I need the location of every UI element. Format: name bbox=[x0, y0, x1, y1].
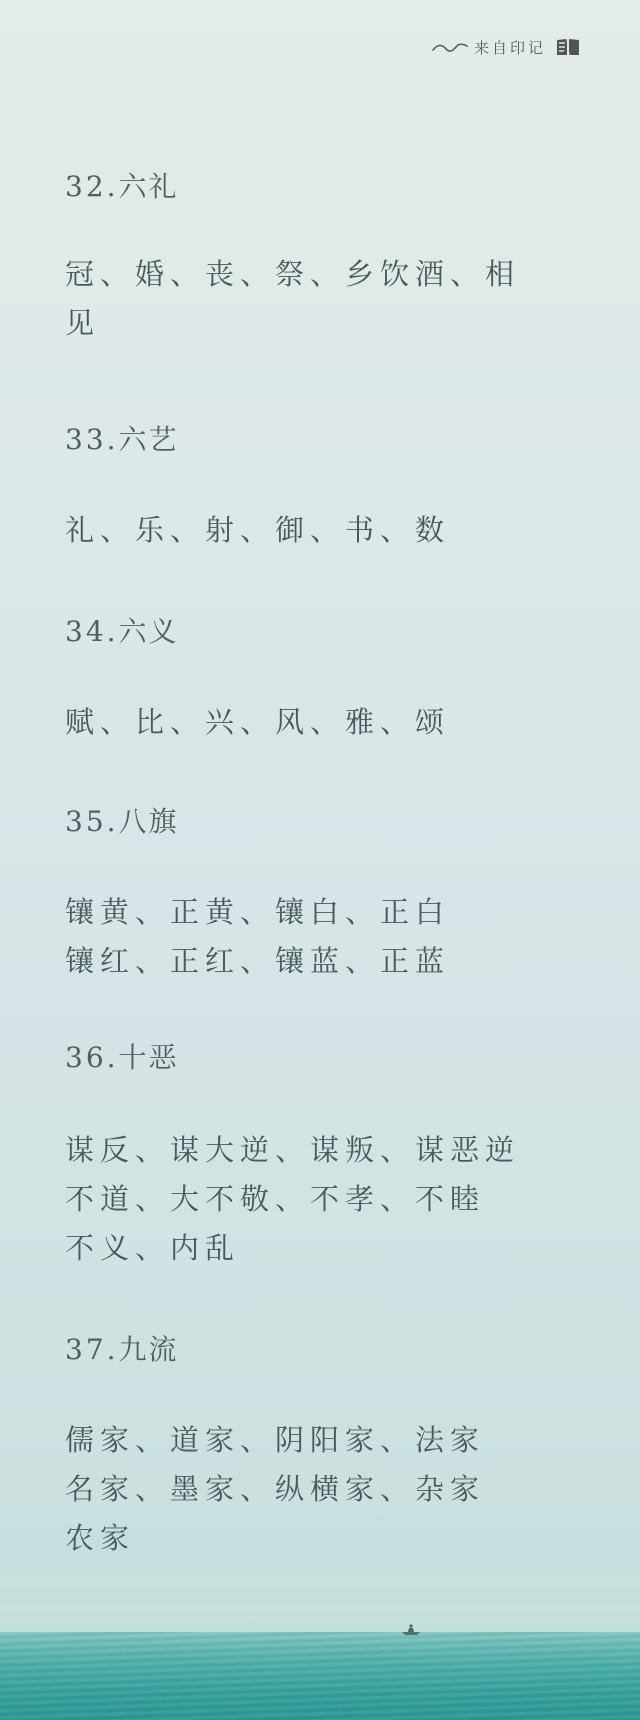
body-line: 镶黄、正黄、镶白、正白 bbox=[65, 888, 585, 937]
section-number: 36. bbox=[65, 1041, 119, 1074]
body-line: 农家 bbox=[65, 1514, 585, 1563]
section-title: 36.十恶 bbox=[65, 1042, 585, 1074]
brand-text: 来自印记 bbox=[474, 37, 546, 58]
section-title: 32.六礼 bbox=[65, 171, 585, 203]
section-body: 儒家、道家、阴阳家、法家 名家、墨家、纵横家、杂家 农家 bbox=[65, 1416, 585, 1563]
section-32: 32.六礼 冠、婚、丧、祭、乡饮酒、相 见 bbox=[65, 171, 585, 348]
body-line: 礼、乐、射、御、书、数 bbox=[65, 506, 585, 555]
section-37: 37.九流 儒家、道家、阴阳家、法家 名家、墨家、纵横家、杂家 农家 bbox=[65, 1334, 585, 1563]
section-body: 赋、比、兴、风、雅、颂 bbox=[65, 698, 585, 747]
body-line: 名家、墨家、纵横家、杂家 bbox=[65, 1465, 585, 1514]
section-number: 33. bbox=[65, 423, 119, 456]
section-heading: 八旗 bbox=[119, 805, 179, 838]
section-number: 34. bbox=[65, 615, 119, 648]
source-watermark: 来自印记 bbox=[432, 36, 580, 58]
section-number: 32. bbox=[65, 170, 119, 203]
section-heading: 十恶 bbox=[119, 1041, 179, 1074]
section-title: 35.八旗 bbox=[65, 806, 585, 838]
body-line: 不义、内乱 bbox=[65, 1224, 585, 1273]
section-33: 33.六艺 礼、乐、射、御、书、数 bbox=[65, 424, 585, 555]
body-line: 冠、婚、丧、祭、乡饮酒、相 bbox=[65, 250, 585, 299]
section-heading: 九流 bbox=[119, 1333, 179, 1366]
section-title: 34.六义 bbox=[65, 616, 585, 648]
section-heading: 六义 bbox=[119, 615, 179, 648]
section-body: 谋反、谋大逆、谋叛、谋恶逆 不道、大不敬、不孝、不睦 不义、内乱 bbox=[65, 1126, 585, 1273]
body-line: 见 bbox=[65, 299, 585, 348]
sea-background bbox=[0, 1632, 640, 1720]
wave-line-icon bbox=[432, 40, 468, 54]
section-36: 36.十恶 谋反、谋大逆、谋叛、谋恶逆 不道、大不敬、不孝、不睦 不义、内乱 bbox=[65, 1042, 585, 1273]
section-title: 37.九流 bbox=[65, 1334, 585, 1366]
section-heading: 六礼 bbox=[119, 170, 179, 203]
body-line: 镶红、正红、镶蓝、正蓝 bbox=[65, 937, 585, 986]
section-34: 34.六义 赋、比、兴、风、雅、颂 bbox=[65, 616, 585, 747]
section-number: 35. bbox=[65, 805, 119, 838]
body-line: 儒家、道家、阴阳家、法家 bbox=[65, 1416, 585, 1465]
section-number: 37. bbox=[65, 1333, 119, 1366]
body-line: 赋、比、兴、风、雅、颂 bbox=[65, 698, 585, 747]
section-heading: 六艺 bbox=[119, 423, 179, 456]
fog-layer bbox=[0, 1560, 640, 1640]
section-35: 35.八旗 镶黄、正黄、镶白、正白 镶红、正红、镶蓝、正蓝 bbox=[65, 806, 585, 986]
body-line: 谋反、谋大逆、谋叛、谋恶逆 bbox=[65, 1126, 585, 1175]
section-title: 33.六艺 bbox=[65, 424, 585, 456]
section-body: 镶黄、正黄、镶白、正白 镶红、正红、镶蓝、正蓝 bbox=[65, 888, 585, 986]
section-body: 礼、乐、射、御、书、数 bbox=[65, 506, 585, 555]
body-line: 不道、大不敬、不孝、不睦 bbox=[65, 1175, 585, 1224]
section-body: 冠、婚、丧、祭、乡饮酒、相 见 bbox=[65, 250, 585, 348]
open-book-icon bbox=[556, 38, 580, 56]
